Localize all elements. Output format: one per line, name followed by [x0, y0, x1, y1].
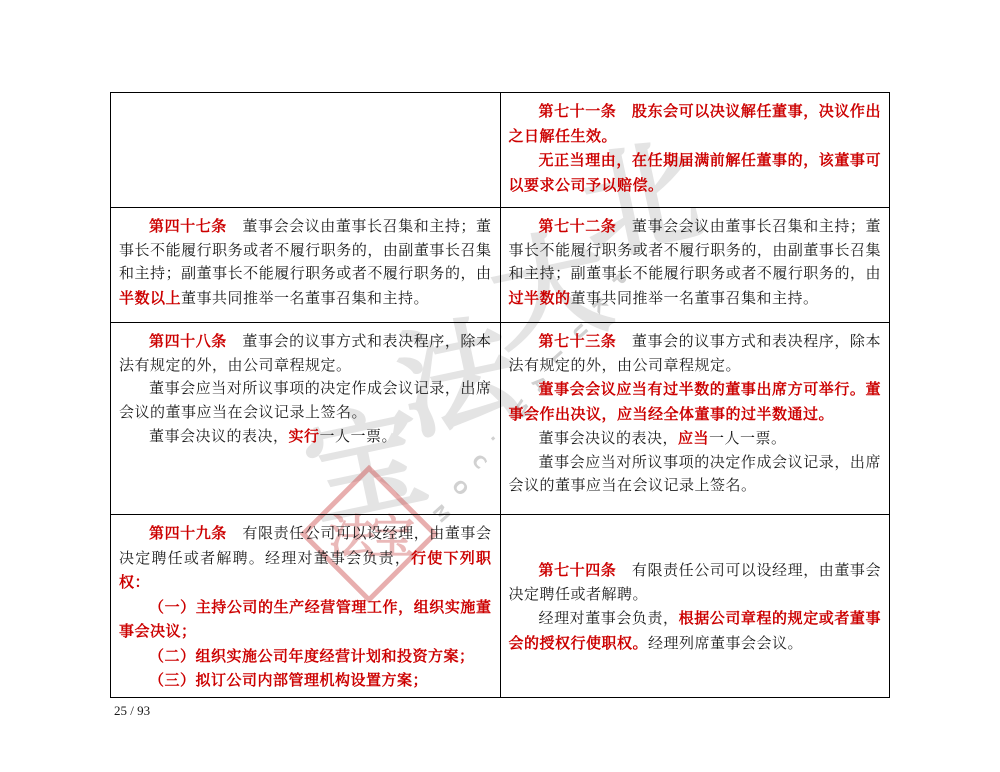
- paragraph: 无正当理由，在任期届满前解任董事的，该董事可以要求公司予以赔偿。: [509, 149, 882, 198]
- text-segment: 半数以上: [119, 290, 181, 307]
- article-number: 第七十一条: [539, 103, 617, 120]
- article-number: 第七十二条: [539, 218, 617, 235]
- article-number: 第四十九条: [149, 525, 227, 542]
- table-cell-r4-left: 第四十九条 有限责任公司可以设经理，由董事会决定聘任或者解聘。经理对董事会负责，…: [111, 515, 501, 698]
- paragraph: （三）拟订公司内部管理机构设置方案；: [119, 669, 492, 694]
- table-cell-r3-right: 第七十三条 董事会的议事方式和表决程序，除本法有规定的外，由公司章程规定。董事会…: [500, 323, 890, 515]
- table-cell-r1-right: 第七十一条 股东会可以决议解任董事，决议作出之日解任生效。无正当理由，在任期届满…: [500, 93, 890, 208]
- table-cell-r2-right: 第七十二条 董事会会议由董事长召集和主持；董事长不能履行职务或者不履行职务的，由…: [500, 208, 890, 323]
- table-row: 第四十八条 董事会的议事方式和表决程序，除本法有规定的外，由公司章程规定。董事会…: [111, 323, 890, 515]
- law-comparison-table: 第七十一条 股东会可以决议解任董事，决议作出之日解任生效。无正当理由，在任期届满…: [110, 92, 890, 698]
- text-segment: 董事会决议的表决，: [539, 431, 679, 447]
- paragraph: 第四十七条 董事会会议由董事长召集和主持；董事长不能履行职务或者不履行职务的，由…: [119, 215, 492, 311]
- text-segment: 董事会应当对所议事项的决定作成会议记录，出席会议的董事应当在会议记录上签名。: [119, 381, 492, 421]
- paragraph: 第七十三条 董事会的议事方式和表决程序，除本法有规定的外，由公司章程规定。: [509, 330, 882, 378]
- paragraph: 第七十四条 有限责任公司可以设经理，由董事会决定聘任或者解聘。: [509, 559, 882, 607]
- table-row: 第四十九条 有限责任公司可以设经理，由董事会决定聘任或者解聘。经理对董事会负责，…: [111, 515, 890, 698]
- table-cell-r3-left: 第四十八条 董事会的议事方式和表决程序，除本法有规定的外，由公司章程规定。董事会…: [111, 323, 501, 515]
- article-number: 第四十八条: [149, 333, 227, 350]
- paragraph: 董事会决议的表决，应当一人一票。: [509, 427, 882, 452]
- document-page: 北大法宝 PKULAW.COM 法宝 第七十一条 股东会可以决议解任董事，决议作…: [0, 0, 1000, 772]
- paragraph: （二）组织实施公司年度经营计划和投资方案；: [119, 645, 492, 670]
- table-cell-r2-left: 第四十七条 董事会会议由董事长召集和主持；董事长不能履行职务或者不履行职务的，由…: [111, 208, 501, 323]
- text-segment: 经理列席董事会会议。: [648, 636, 803, 652]
- text-segment: （一）主持公司的生产经营管理工作，组织实施董事会决议；: [119, 599, 492, 641]
- page-number: 25 / 93: [114, 703, 150, 719]
- paragraph: 董事会决议的表决，实行一人一票。: [119, 425, 492, 450]
- table-cell-r1-left: [111, 93, 501, 208]
- text-segment: 过半数的: [509, 290, 571, 307]
- text-segment: 董事会应当对所议事项的决定作成会议记录，出席会议的董事应当在会议记录上签名。: [509, 455, 882, 495]
- text-segment: （三）拟订公司内部管理机构设置方案；: [149, 672, 428, 689]
- paragraph: 第四十九条 有限责任公司可以设经理，由董事会决定聘任或者解聘。经理对董事会负责，…: [119, 522, 492, 596]
- article-number: 第七十三条: [539, 333, 617, 350]
- text-segment: 一人一票。: [320, 429, 398, 445]
- paragraph: 第四十八条 董事会的议事方式和表决程序，除本法有规定的外，由公司章程规定。: [119, 330, 492, 378]
- paragraph: 经理对董事会负责，根据公司章程的规定或者董事会的授权行使职权。经理列席董事会会议…: [509, 607, 882, 656]
- table-row: 第四十七条 董事会会议由董事长召集和主持；董事长不能履行职务或者不履行职务的，由…: [111, 208, 890, 323]
- table-row: 第七十一条 股东会可以决议解任董事，决议作出之日解任生效。无正当理由，在任期届满…: [111, 93, 890, 208]
- text-segment: 实行: [289, 428, 320, 445]
- text-segment: 董事共同推举一名董事召集和主持。: [181, 291, 429, 307]
- paragraph: 董事会会议应当有过半数的董事出席方可举行。董事会作出决议，应当经全体董事的过半数…: [509, 378, 882, 427]
- paragraph: 第七十一条 股东会可以决议解任董事，决议作出之日解任生效。: [509, 100, 882, 149]
- paragraph: 董事会应当对所议事项的决定作成会议记录，出席会议的董事应当在会议记录上签名。: [509, 452, 882, 499]
- text-segment: （二）组织实施公司年度经营计划和投资方案；: [149, 648, 475, 665]
- text-segment: 董事会决议的表决，: [149, 429, 289, 445]
- article-number: 第四十七条: [149, 218, 227, 235]
- text-segment: 应当: [678, 430, 709, 447]
- paragraph: 董事会应当对所议事项的决定作成会议记录，出席会议的董事应当在会议记录上签名。: [119, 378, 492, 425]
- paragraph: （一）主持公司的生产经营管理工作，组织实施董事会决议；: [119, 596, 492, 645]
- text-segment: 董事共同推举一名董事召集和主持。: [571, 291, 819, 307]
- article-number: 第七十四条: [539, 562, 617, 579]
- table-cell-r4-right: 第七十四条 有限责任公司可以设经理，由董事会决定聘任或者解聘。经理对董事会负责，…: [500, 515, 890, 698]
- text-segment: 经理对董事会负责，: [539, 611, 679, 627]
- table-body: 第七十一条 股东会可以决议解任董事，决议作出之日解任生效。无正当理由，在任期届满…: [111, 93, 890, 698]
- text-segment: 一人一票。: [709, 431, 787, 447]
- text-segment: 无正当理由，在任期届满前解任董事的，该董事可以要求公司予以赔偿。: [509, 152, 882, 194]
- paragraph: 第七十二条 董事会会议由董事长召集和主持；董事长不能履行职务或者不履行职务的，由…: [509, 215, 882, 311]
- text-segment: 董事会会议应当有过半数的董事出席方可举行。董事会作出决议，应当经全体董事的过半数…: [509, 381, 882, 423]
